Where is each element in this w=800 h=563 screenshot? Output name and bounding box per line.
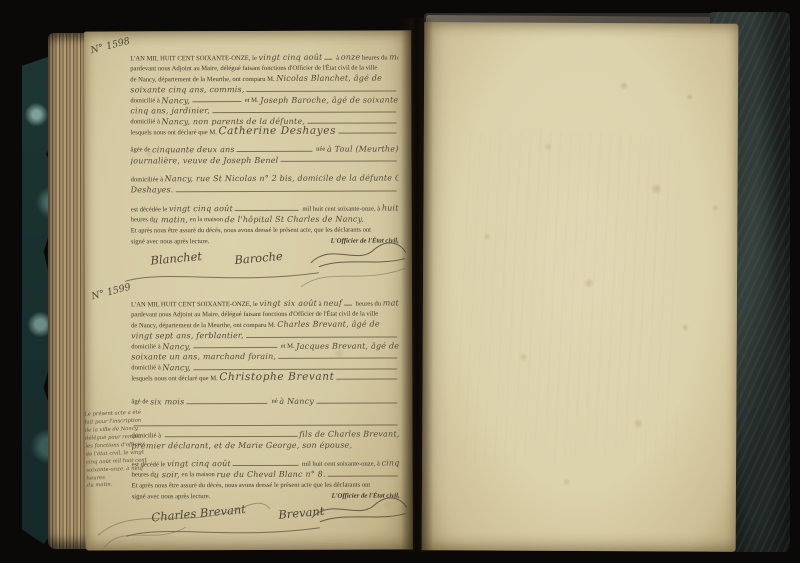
handwritten-text: à Toul (Meurthe) — [327, 145, 399, 154]
declarant-signature: Baroche — [233, 248, 284, 278]
handwritten-text: journalière, veuve de Joseph Benel — [131, 156, 279, 165]
handwritten-text: onze — [341, 54, 361, 62]
ruled-blank-filler — [246, 333, 397, 338]
handwritten-text: soixante un ans, marchand forain, — [131, 353, 276, 362]
handwritten-text: cinquante deux ans — [152, 146, 235, 155]
handwritten-text: Jacques Brevant, âgé de — [296, 342, 399, 351]
printed-text: en la maison — [188, 217, 225, 224]
record-line: Deshayes. — [131, 183, 399, 195]
handwritten-text: u soir, — [154, 471, 180, 479]
record-line: est décédé le vingt cinq août mil huit c… — [132, 458, 400, 470]
printed-text: pardevant nous Adjoint au Maire, délégué… — [130, 66, 377, 74]
printed-text: domicilié à — [130, 120, 161, 127]
handwritten-text: u matin, — [153, 216, 188, 225]
verso-showthrough — [457, 131, 682, 464]
handwritten-text: Nicolas Blanchet, âgé de — [276, 75, 382, 84]
handwritten-text: cinq ans, jardinier, — [130, 107, 210, 116]
printed-text: en la maison — [180, 473, 217, 480]
handwritten-text: matin, — [389, 54, 398, 62]
ruled-blank-filler — [338, 130, 396, 134]
printed-text: est décédée le — [131, 207, 169, 214]
printed-text: Et après nous être assuré du décès, nous… — [131, 228, 371, 236]
printed-text: mil huit cent soixante-onze, à — [301, 206, 382, 213]
foxing-spot — [681, 324, 690, 332]
handwritten-text: à Nancy — [279, 398, 314, 407]
ruled-blank-filler — [192, 98, 241, 102]
pencil-flourish — [299, 262, 409, 290]
handwritten-text: Nancy, rue St Nicolas n° 2 bis, domicile… — [165, 174, 399, 183]
printed-text: L'AN MIL HUIT CENT SOIXANTE-ONZE, le — [130, 56, 258, 63]
ruled-blank-filler — [212, 109, 396, 114]
record-line: domicilié à fils de Charles Brevant, — [131, 428, 399, 440]
printed-text: et M. — [243, 98, 260, 105]
record-line: domicilié à Nancy, et M. Joseph Baroche,… — [130, 94, 398, 106]
ruled-blank-filler — [176, 187, 397, 192]
record-line: heures du matin, en la maison de l'hôpit… — [131, 213, 399, 225]
record-line: âgé de six mois né à Nancy — [131, 395, 399, 407]
pencil-flourish — [94, 483, 274, 554]
registry-book-photograph: N° 1598L'AN MIL HUIT CENT SOIXANTE-ONZE,… — [0, 0, 800, 563]
printed-text: de Nancy, département de la Meurthe, ont… — [130, 77, 276, 84]
record-line: domicilié à Nancy, et M. Jacques Brevant… — [131, 340, 399, 352]
declarant-signature: Brevant — [277, 503, 325, 533]
handwritten-text: rue du Cheval Blanc n° 8. — [216, 471, 325, 480]
printed-text: signé avec nous après lecture. — [131, 239, 210, 246]
death-record-1: N° 1598L'AN MIL HUIT CENT SOIXANTE-ONZE,… — [130, 51, 399, 276]
ruled-blank-filler — [316, 399, 397, 403]
handwritten-text: Joseph Baroche, âgé de soixante — [260, 96, 398, 105]
ruled-blank-filler — [278, 355, 397, 359]
record-line: premier déclarant, et de Marie George, s… — [132, 439, 400, 451]
foxing-spot — [686, 94, 693, 101]
foxing-spot — [619, 81, 629, 90]
handwritten-text: vingt cinq août — [169, 205, 233, 214]
handwritten-text: vingt six août — [259, 300, 317, 309]
ruled-blank-filler — [233, 462, 298, 466]
record-line: de Nancy, département de la Meurthe, ont… — [130, 73, 398, 85]
printed-text: heures du — [360, 55, 389, 62]
right-page-blank — [422, 22, 739, 552]
ruled-blank-filler — [133, 422, 397, 427]
printed-text: domicilié à — [131, 366, 162, 373]
ruled-blank-filler — [344, 302, 352, 306]
handwritten-text: vingt cinq août — [167, 460, 231, 469]
printed-text: âgée de — [131, 148, 153, 155]
handwritten-text: vingt sept ans, ferblantier, — [131, 332, 244, 341]
handwritten-text: Deshayes. — [131, 186, 174, 195]
record-line: L'AN MIL HUIT CENT SOIXANTE-ONZE, le vin… — [130, 51, 398, 63]
record-line: est décédée le vingt cinq août mil huit … — [131, 203, 399, 215]
printed-text: heures du — [354, 301, 383, 308]
printed-text: mil huit cent soixante-onze, à — [300, 461, 381, 468]
ruled-blank-filler — [237, 148, 313, 152]
printed-text: âgé de — [131, 400, 150, 407]
printed-text: de Nancy, département de la Meurthe, ont… — [131, 323, 277, 330]
printed-text: lesquels nous ont déclaré que M. — [130, 130, 218, 137]
ruled-blank-filler — [193, 344, 277, 348]
ruled-blank-filler — [193, 365, 397, 370]
record-line: lesquels nous ont déclaré que M. Christo… — [131, 372, 399, 384]
handwritten-text: de l'hôpital St Charles de Nancy. — [225, 216, 364, 225]
handwritten-text: fils de Charles Brevant, — [299, 431, 399, 440]
handwritten-text: vingt cinq août — [259, 54, 323, 63]
printed-text: lesquels nous ont déclaré que M. — [131, 376, 219, 383]
acts: N° 1598L'AN MIL HUIT CENT SOIXANTE-ONZE,… — [84, 30, 411, 31]
printed-text: domicilié à — [130, 98, 161, 105]
ruled-blank-filler — [186, 400, 267, 404]
ruled-blank-filler — [324, 56, 332, 60]
handwritten-text: matin — [383, 300, 399, 308]
handwritten-text: premier déclarant, et de Marie George, s… — [132, 441, 353, 450]
printed-text: née — [315, 147, 327, 154]
handwritten-text: soixante cinq ans, commis, — [130, 86, 244, 95]
margin-annotation: Le présent acte a étéfait pour l'inscrip… — [84, 409, 153, 491]
record-line: journalière, veuve de Joseph Benel — [131, 154, 399, 166]
ruled-blank-filler — [280, 158, 396, 162]
handwritten-text: six mois — [150, 398, 184, 407]
ruled-blank-filler — [247, 87, 397, 92]
printed-text: L'AN MIL HUIT CENT SOIXANTE-ONZE, le — [131, 302, 259, 309]
record-line: de Nancy, département de la Meurthe, ont… — [131, 319, 399, 331]
handwritten-name: Christophe Brevant — [219, 372, 334, 383]
printed-text: et M. — [279, 344, 296, 351]
foxing-spot — [562, 478, 571, 486]
handwritten-text: Nancy, — [162, 343, 191, 351]
record-line: âgée de cinquante deux ans née à Toul (M… — [130, 143, 398, 155]
ruled-blank-filler — [307, 119, 396, 123]
handwritten-text: huit — [382, 205, 399, 213]
ruled-blank-filler — [328, 472, 398, 476]
record-line: pardevant nous Adjoint au Maire, délégué… — [131, 308, 399, 320]
printed-text: domicilié à — [131, 344, 162, 351]
handwritten-text: Nancy, — [162, 364, 191, 372]
handwritten-text: Charles Brevant, âgé de — [277, 321, 380, 330]
record-line: lesquels nous ont déclaré que M. Catheri… — [130, 126, 398, 138]
ruled-blank-filler — [165, 433, 297, 437]
record-line: L'AN MIL HUIT CENT SOIXANTE-ONZE, le vin… — [131, 297, 399, 309]
printed-text: heures d — [131, 218, 153, 225]
record-line: pardevant nous Adjoint au Maire, délégué… — [130, 62, 398, 74]
record-line: domiciliée à Nancy, rue St Nicolas n° 2 … — [131, 172, 399, 184]
handwritten-text: neuf — [323, 300, 342, 308]
foxing-spot — [711, 204, 719, 212]
printed-text: né — [270, 399, 280, 406]
handwritten-text: Nancy, — [161, 97, 190, 105]
printed-text: domiciliée à — [131, 177, 165, 184]
handwritten-text: cinq — [381, 460, 399, 468]
act-number: N° 1599 — [90, 282, 132, 303]
declarant-signature: Blanchet — [150, 248, 204, 279]
record-line: Et après nous être assuré du décès, nous… — [131, 224, 399, 236]
printed-text: pardevant nous Adjoint au Maire, délégué… — [131, 312, 378, 320]
act-number: N° 1598 — [89, 36, 131, 57]
ruled-blank-filler — [235, 207, 299, 211]
ruled-blank-filler — [336, 376, 397, 380]
left-page: N° 1598L'AN MIL HUIT CENT SOIXANTE-ONZE,… — [84, 30, 413, 550]
handwritten-name: Catherine Deshayes — [219, 126, 337, 137]
